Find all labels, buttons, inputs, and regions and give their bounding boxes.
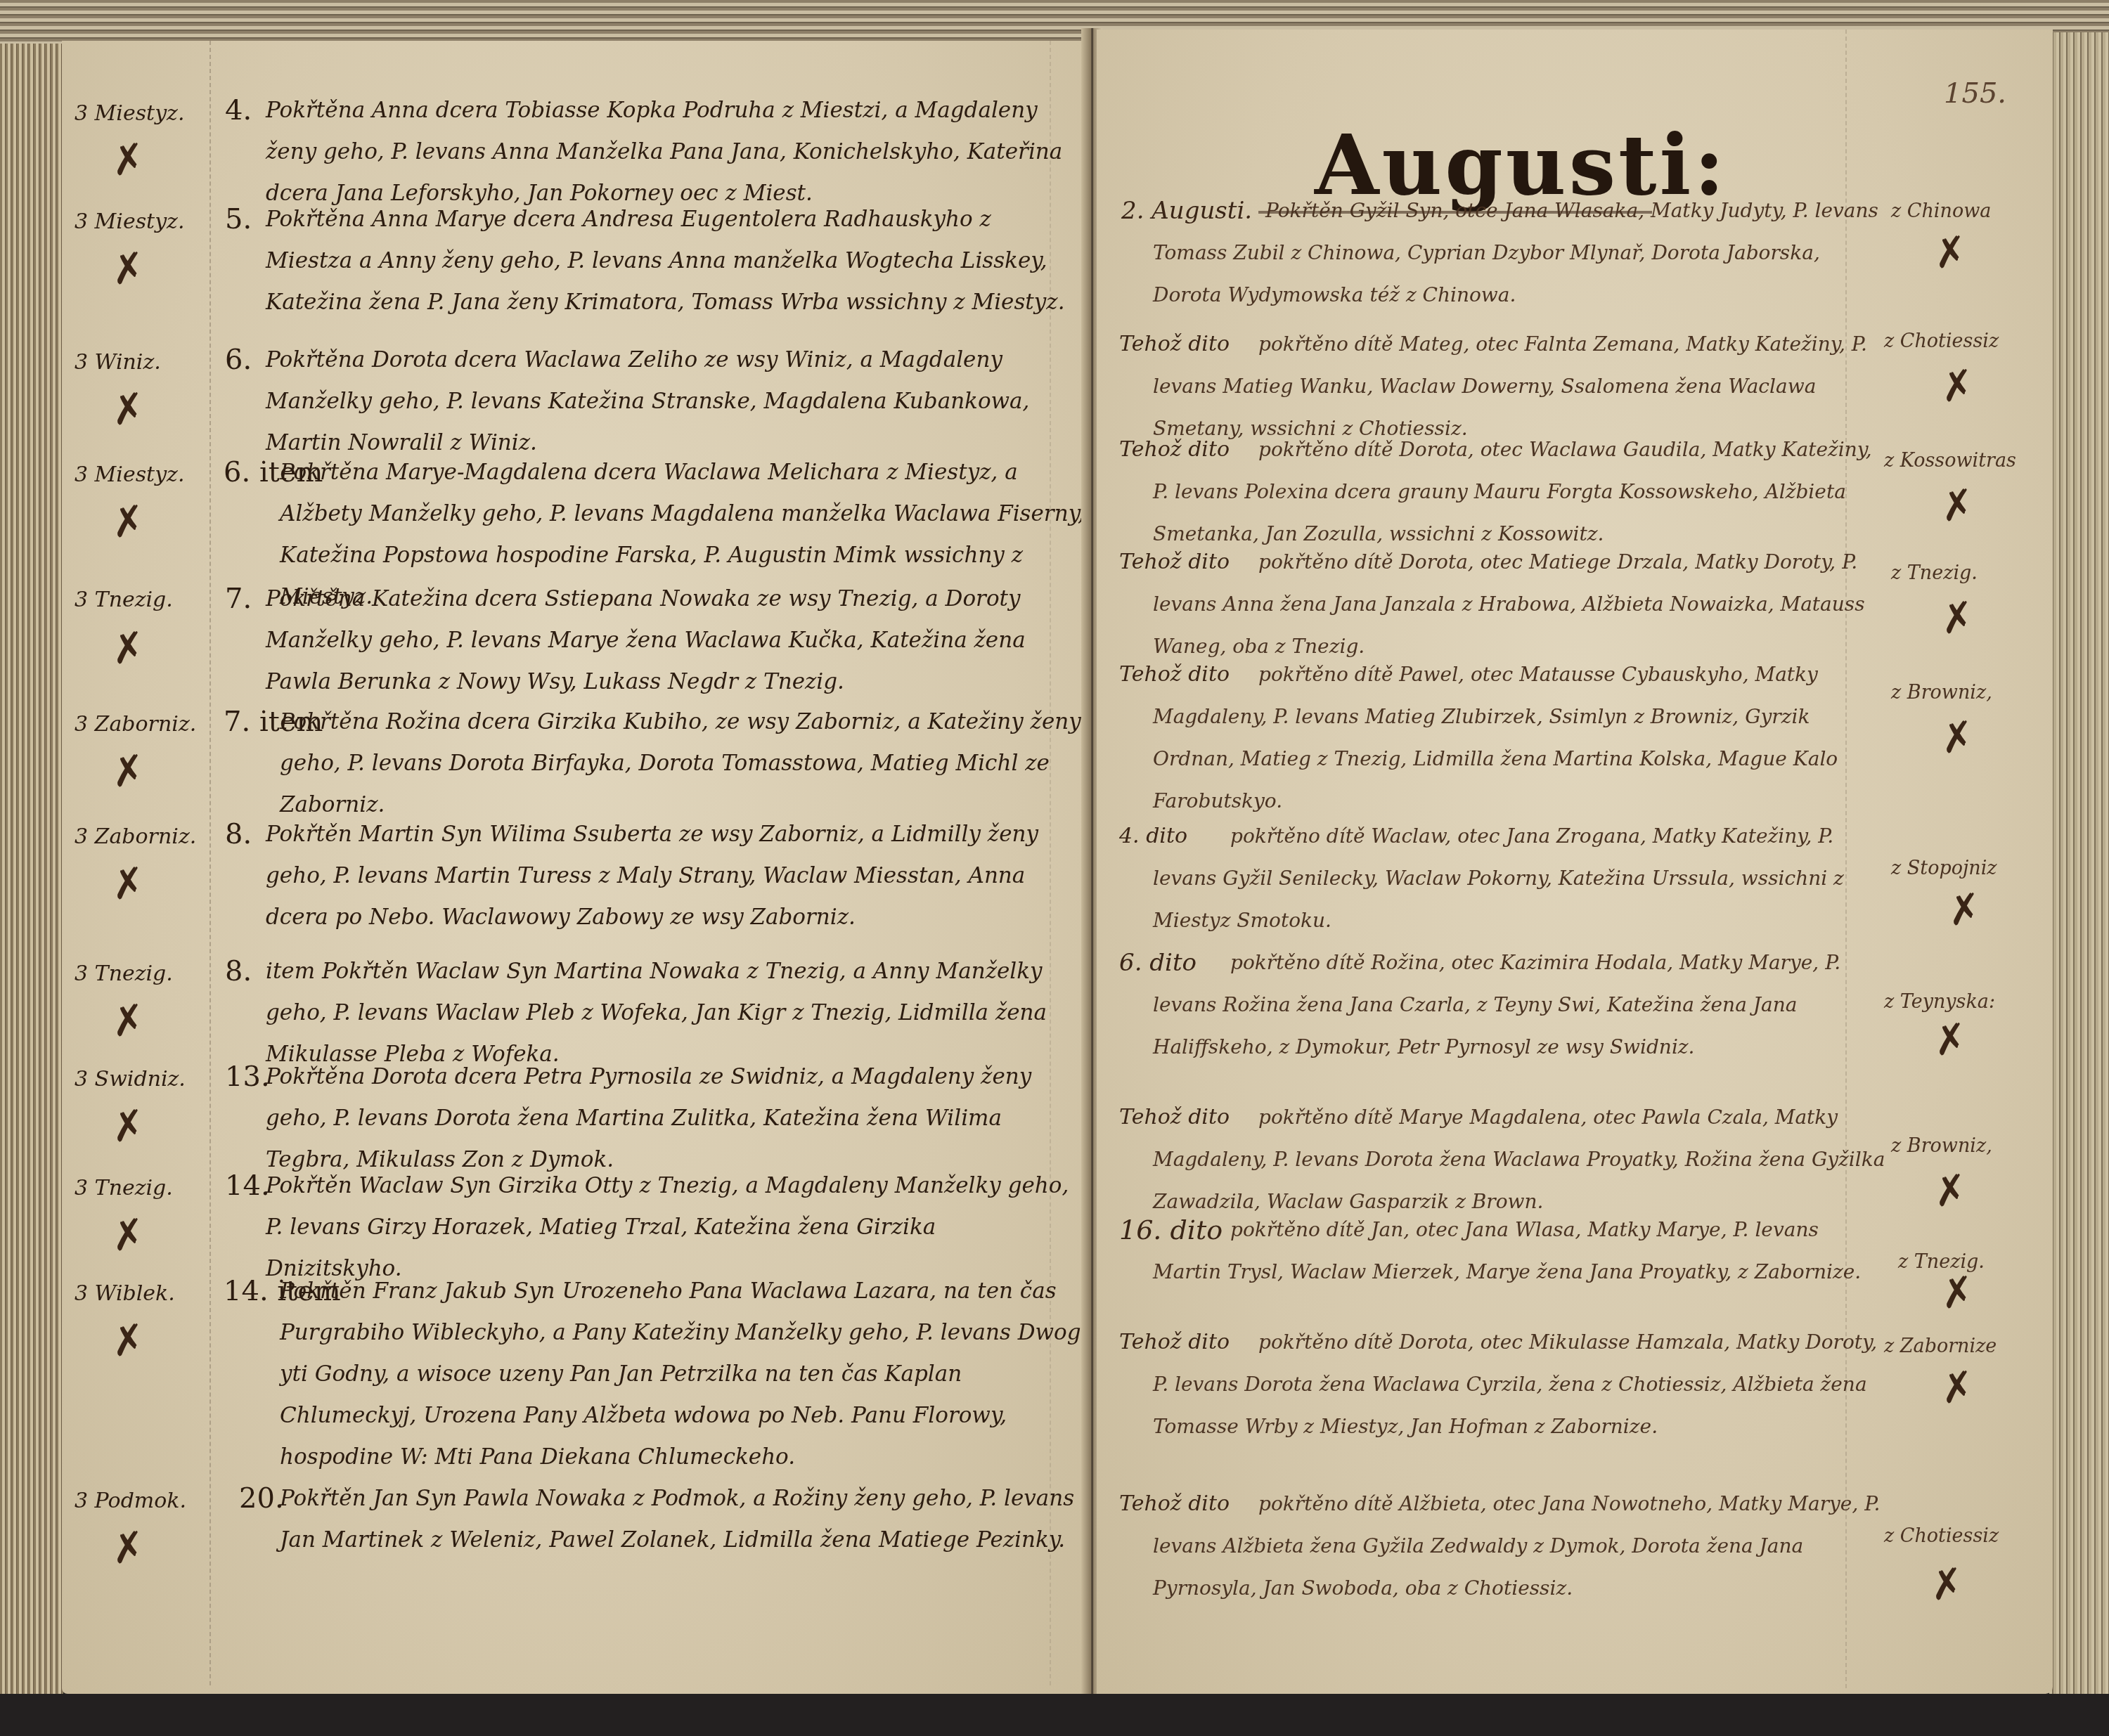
village-name: 3 Miestyz. <box>75 462 184 487</box>
village-name: 3 Tnezig. <box>75 1176 173 1200</box>
entry-number: 5. <box>225 199 252 240</box>
cross-mark-icon: ✗ <box>1930 1168 1970 1213</box>
village-name: z Browniz, <box>1891 1135 1992 1157</box>
entry-text: pokřtěno dítě Alžbieta, otec Jana Nowotn… <box>1153 1492 1880 1600</box>
village-name: 3 Swidniz. <box>75 1067 186 1092</box>
village-name: z Chotiessiz <box>1884 330 1999 352</box>
village-name: 3 Winiz. <box>75 350 161 375</box>
cross-mark-icon: ✗ <box>108 1525 148 1570</box>
entry-date: Tehož dito <box>1119 1321 1230 1363</box>
village-name: 3 Wiblek. <box>75 1281 175 1306</box>
entry-text: pokřtěno dítě Rožina, otec Kazimira Hoda… <box>1153 951 1840 1058</box>
entry-number: 7. <box>225 578 252 620</box>
background-surface <box>0 1694 2109 1736</box>
entry-text: Pokřtěn Martin Syn Wilima Ssuberta ze ws… <box>266 822 1038 930</box>
village-name: 3 Zaborniz. <box>75 824 196 849</box>
entry-number: 4. <box>225 90 252 131</box>
entry-text: pokřtěno dítě Mateg, otec Falnta Zemana,… <box>1153 332 1867 440</box>
cross-mark-icon: ✗ <box>1944 887 1984 932</box>
village-name: 3 Zaborniz. <box>75 712 196 737</box>
top-page-edges-left <box>0 0 1097 44</box>
entry-text: Pokřtěna Dorota dcera Waclawa Zeliho ze … <box>266 347 1029 455</box>
village-name: z Tnezig. <box>1891 562 1978 584</box>
entry-number: 14. <box>225 1165 270 1207</box>
village-name: z Zabornize <box>1884 1335 1997 1357</box>
top-page-edges-right <box>1097 0 2109 32</box>
right-page-stack-edge <box>2049 21 2109 1715</box>
entry-number: 20. <box>239 1478 284 1520</box>
entry-text: pokřtěno dítě Dorota, otec Mikulasse Ham… <box>1153 1330 1877 1438</box>
entry-date: 2. Augusti. <box>1121 190 1252 232</box>
entry-number: 14. item <box>224 1271 341 1312</box>
entry-date: Tehož dito <box>1119 323 1230 365</box>
entry-number: 6. <box>225 339 252 381</box>
village-name: 3 Tnezig. <box>75 588 173 612</box>
entry-date: 6. dito <box>1119 942 1197 984</box>
entry-number: 7. item <box>224 701 323 743</box>
entry-text: Pokřtěn Franz Jakub Syn Urozeneho Pana W… <box>280 1278 1088 1470</box>
entry-text: pokřtěno dítě Marye Magdalena, otec Pawl… <box>1153 1106 1885 1213</box>
entry-text: item Pokřtěn Waclaw Syn Martina Nowaka z… <box>266 959 1047 1067</box>
cross-mark-icon: ✗ <box>108 137 148 182</box>
entry-text: Pokřtěn Jan Syn Pawla Nowaka z Podmok, a… <box>280 1486 1074 1553</box>
village-name: z Chinowa <box>1891 200 1991 222</box>
entry-text: Pokřtěna Katežina dcera Sstiepana Nowaka… <box>266 586 1026 694</box>
entry-text: Pokřtěna Anna dcera Tobiasse Kopka Podru… <box>266 98 1062 206</box>
cross-mark-icon: ✗ <box>1937 363 1977 408</box>
entry-date: Tehož dito <box>1119 429 1230 471</box>
entry-date: Tehož dito <box>1119 1096 1230 1139</box>
entry-text: pokřtěno dítě Jan, otec Jana Wlasa, Matk… <box>1153 1218 1861 1283</box>
entry-text: pokřtěno dítě Dorota, otec Waclawa Gaudi… <box>1153 438 1872 545</box>
village-name: 3 Podmok. <box>75 1489 186 1513</box>
entry-text: pokřtěno dítě Waclaw, otec Jana Zrogana,… <box>1153 824 1844 932</box>
village-name: z Teynyska: <box>1884 991 1995 1013</box>
cross-mark-icon: ✗ <box>108 749 148 793</box>
entry-date: Tehož dito <box>1119 654 1230 696</box>
cross-mark-icon: ✗ <box>1930 230 1970 275</box>
entry-number: 8. <box>225 814 252 855</box>
cross-mark-icon: ✗ <box>108 246 148 291</box>
cross-mark-icon: ✗ <box>1937 595 1977 640</box>
village-name: 3 Miestyz. <box>75 101 184 126</box>
cross-mark-icon: ✗ <box>108 1103 148 1148</box>
cross-mark-icon: ✗ <box>108 626 148 671</box>
margin-rule <box>209 41 211 1685</box>
cross-mark-icon: ✗ <box>1927 1562 1966 1607</box>
village-name: 3 Tnezig. <box>75 961 173 986</box>
left-page: 3 Miestyz. ✗ 4. Pokřtěna Anna dcera Tobi… <box>62 41 1090 1694</box>
entry-date: Tehož dito <box>1119 541 1230 583</box>
village-name: 3 Miestyz. <box>75 209 184 234</box>
cross-mark-icon: ✗ <box>1930 1017 1970 1062</box>
left-page-stack-edge <box>0 28 63 1715</box>
page-number: 155. <box>1944 77 2006 110</box>
open-register-book: 3 Miestyz. ✗ 4. Pokřtěna Anna dcera Tobi… <box>0 0 2109 1736</box>
entry-date: Tehož dito <box>1119 1483 1230 1525</box>
entry-text: Pokřtěna Rožina dcera Girzika Kubiho, ze… <box>280 709 1081 817</box>
entry-text: pokřtěno dítě Dorota, otec Matiege Drzal… <box>1153 550 1865 658</box>
cross-mark-icon: ✗ <box>108 861 148 906</box>
cross-mark-icon: ✗ <box>108 387 148 432</box>
cross-mark-icon: ✗ <box>108 1318 148 1363</box>
entry-text: Pokřtěn Waclaw Syn Girzika Otty z Tnezig… <box>266 1173 1069 1281</box>
entry-date: 16. dito <box>1119 1209 1223 1251</box>
village-name: z Stopojniz <box>1891 857 1997 879</box>
entry-text: pokřtěno dítě Pawel, otec Matausse Cybau… <box>1153 663 1838 812</box>
cross-mark-icon: ✗ <box>108 1212 148 1257</box>
entry-text: Pokřtěna Dorota dcera Petra Pyrnosila ze… <box>266 1064 1031 1172</box>
village-name: z Kossowitras <box>1884 450 2016 472</box>
entry-number: 8. <box>225 951 252 992</box>
cross-mark-icon: ✗ <box>1937 1270 1977 1315</box>
entry-number: 6. item <box>224 452 323 493</box>
entry-number: 13. <box>225 1056 270 1098</box>
cross-mark-icon: ✗ <box>108 998 148 1043</box>
cross-mark-icon: ✗ <box>108 499 148 544</box>
entry-text: Pokřtěn Gyžil Syn, otce Jana Wlasaka, Ma… <box>1153 199 1878 306</box>
entry-date: 4. dito <box>1119 815 1187 857</box>
village-name: z Tnezig. <box>1898 1251 1985 1273</box>
cross-mark-icon: ✗ <box>1937 715 1977 760</box>
village-name: z Chotiessiz <box>1884 1525 1999 1547</box>
village-name: z Browniz, <box>1891 682 1992 704</box>
cross-mark-icon: ✗ <box>1937 483 1977 528</box>
entry-text: Pokřtěna Anna Marye dcera Andresa Eugent… <box>266 207 1065 315</box>
cross-mark-icon: ✗ <box>1937 1365 1977 1410</box>
